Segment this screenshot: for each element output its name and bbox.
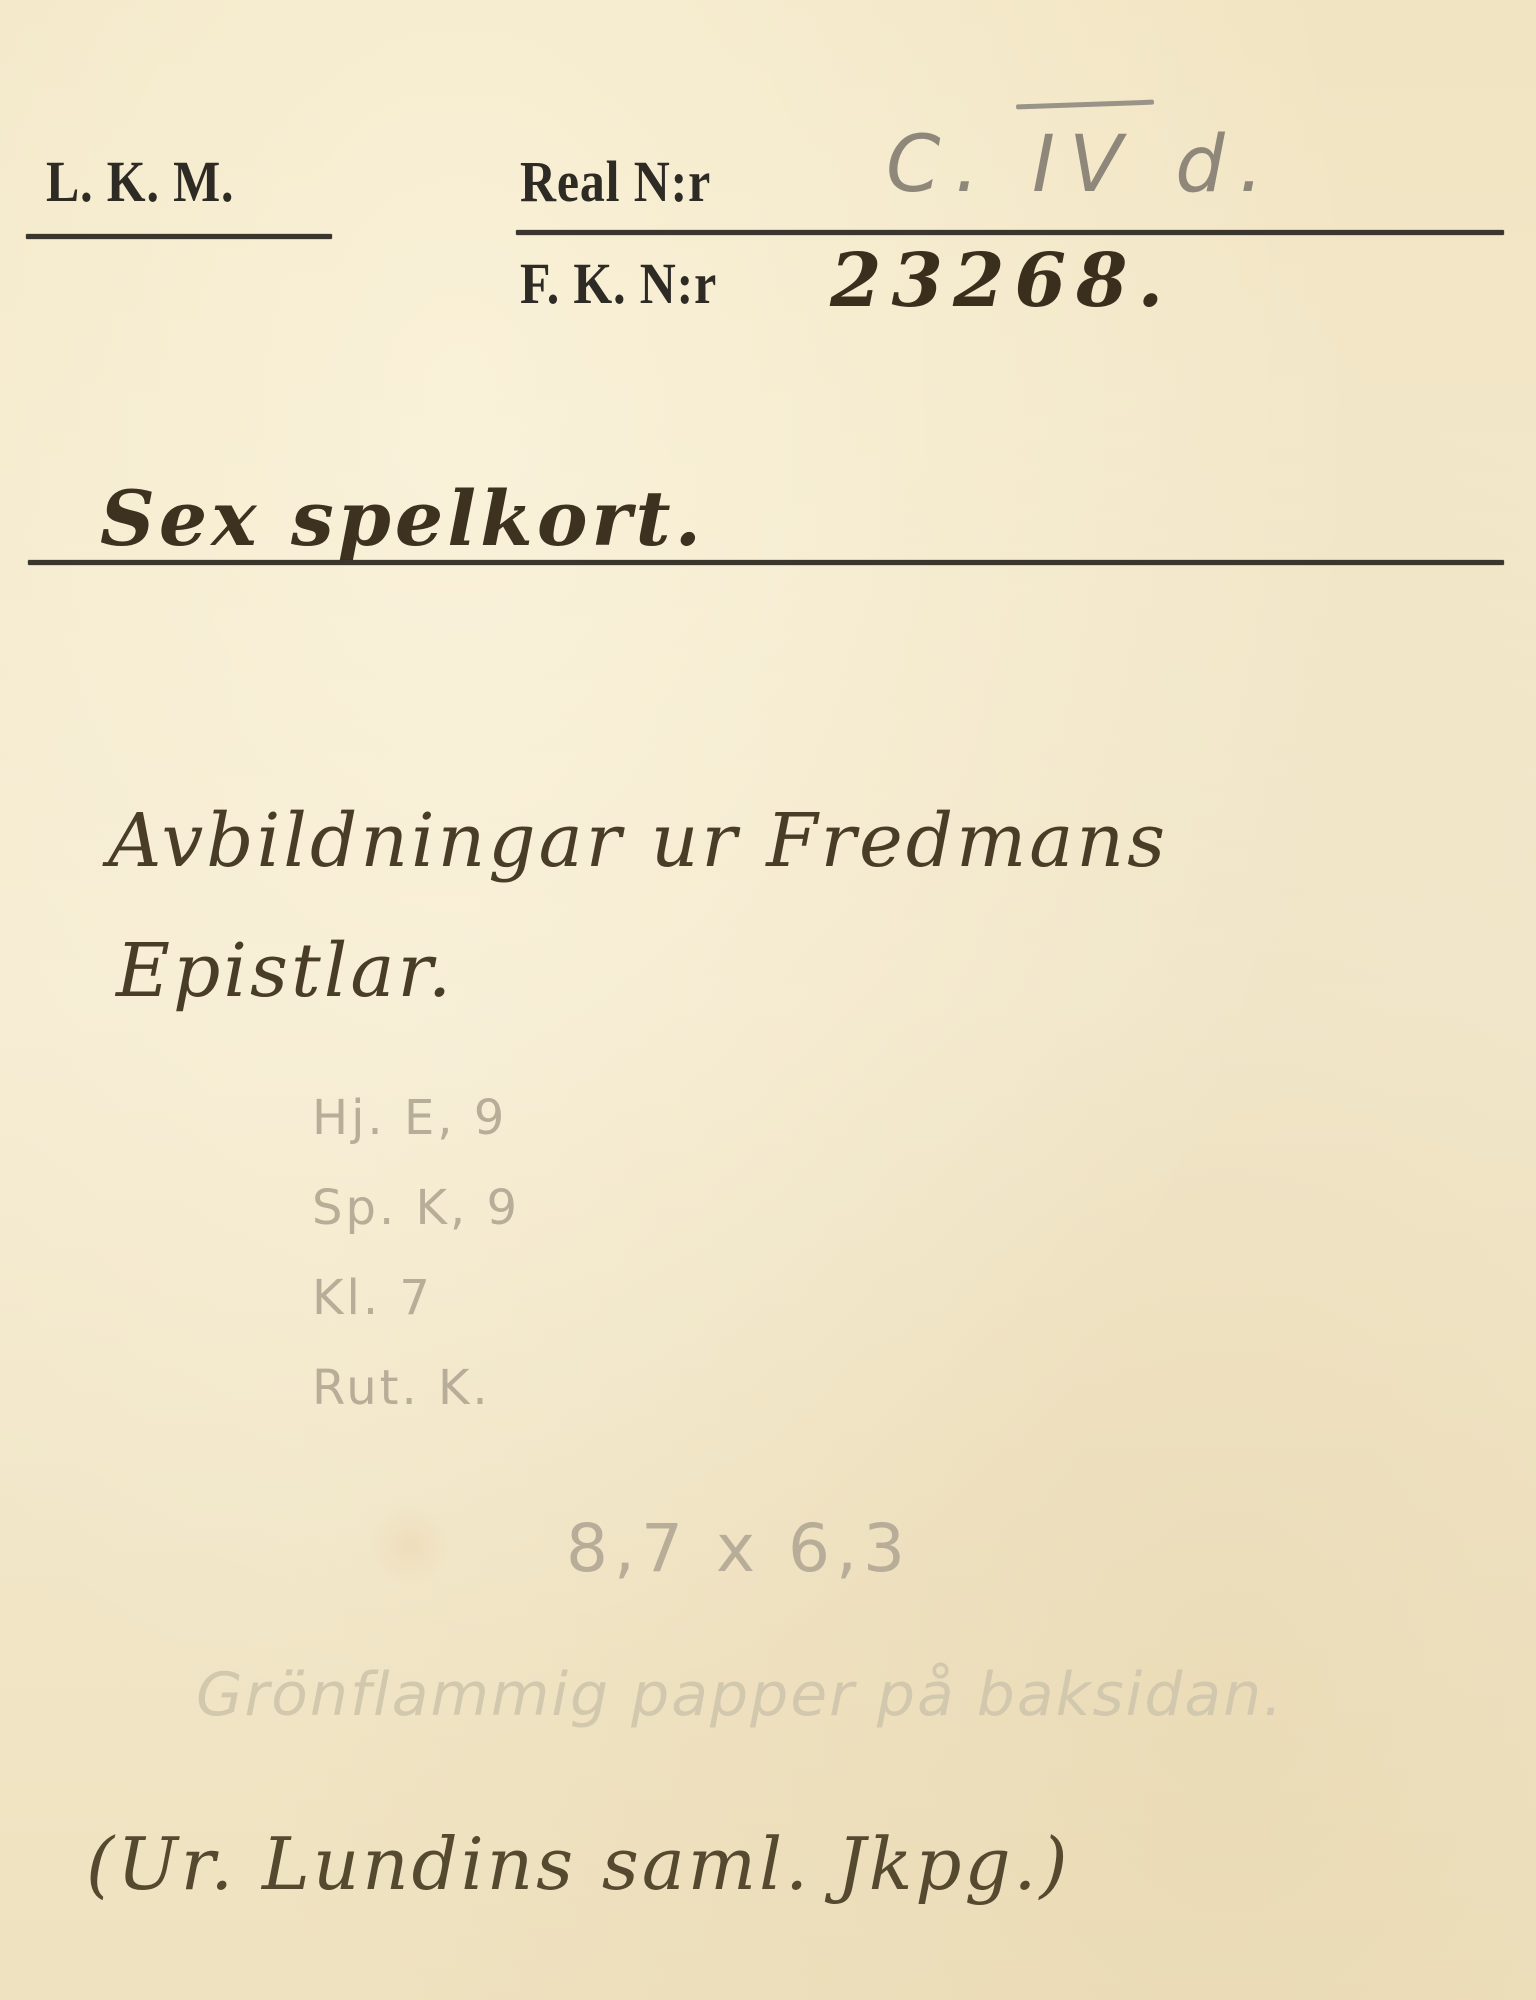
fk-nr-value: 23268. (830, 238, 1173, 324)
card-list-item: Kl. 7 (312, 1270, 520, 1360)
real-nr-value: C. IV d. (886, 120, 1278, 210)
provenance-note: (Ur. Lundins saml. Jkpg.) (86, 1822, 1071, 1906)
institution-label: L. K. M. (46, 148, 234, 215)
roman-overline (1016, 100, 1154, 110)
card-list-item: Rut. K. (312, 1360, 520, 1450)
description-line-2: Epistlar. (116, 928, 454, 1014)
header-rule (516, 230, 1504, 235)
description-line-1: Avbildningar ur Fredmans (108, 798, 1168, 884)
dimensions: 8,7 x 6,3 (566, 1510, 911, 1587)
card-list-item: Sp. K, 9 (312, 1180, 520, 1270)
institution-underline (26, 234, 332, 239)
fk-nr-label: F. K. N:r (520, 250, 717, 317)
title-underline (28, 560, 1504, 565)
object-title: Sex spelkort. (100, 474, 705, 563)
catalog-card: L. K. M. Real N:r C. IV d. F. K. N:r 232… (0, 0, 1536, 2000)
card-list: Hj. E, 9 Sp. K, 9 Kl. 7 Rut. K. (312, 1090, 520, 1450)
back-note: Grönflammig papper på baksidan. (196, 1660, 1284, 1730)
card-list-item: Hj. E, 9 (312, 1090, 520, 1180)
real-nr-label: Real N:r (520, 148, 711, 215)
